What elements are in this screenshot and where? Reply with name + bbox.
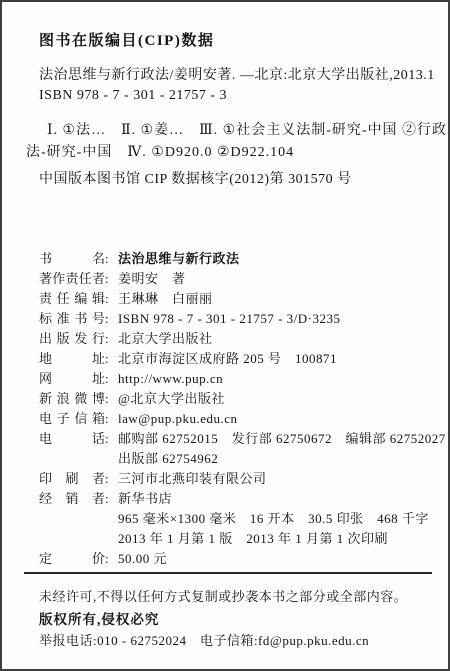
info-row-weibo: 新浪微博:@北京大学出版社: [39, 389, 446, 409]
label-colon: :: [105, 329, 118, 349]
info-value: 新华书店: [118, 491, 172, 506]
info-row-book-title: 书名:法治思维与新行政法: [39, 249, 446, 269]
label-colon: :: [105, 369, 118, 389]
label-colon: :: [105, 269, 118, 289]
info-value: 50.00 元: [118, 551, 167, 566]
cip-classification-line-2: 法-研究-中国 Ⅳ. ①D920.0 ②D922.104: [26, 141, 294, 161]
copyright-statement: 版权所有,侵权必究: [39, 608, 159, 628]
cip-title-line: 法治思维与新行政法/姜明安著. —北京:北京大学出版社,2013.1: [39, 64, 435, 84]
label-colon: :: [105, 469, 118, 489]
horizontal-divider: [24, 572, 432, 574]
info-label: 定价: [39, 549, 105, 569]
label-colon: :: [105, 549, 118, 569]
info-value: 2013 年 1 月第 1 版 2013 年 1 月第 1 次印刷: [118, 531, 388, 546]
info-value: 北京市海淀区成府路 205 号 100871: [118, 351, 337, 366]
permission-notice: 未经许可,不得以任何方式复制或抄袭本书之部分或全部内容。: [39, 586, 407, 605]
copyright-page: 图书在版编目(CIP)数据 法治思维与新行政法/姜明安著. —北京:北京大学出版…: [0, 0, 450, 671]
label-colon: :: [105, 349, 118, 369]
cip-header: 图书在版编目(CIP)数据: [39, 29, 214, 50]
label-colon: :: [105, 249, 118, 269]
info-row-edition: 2013 年 1 月第 1 版 2013 年 1 月第 1 次印刷: [39, 529, 446, 549]
info-label: 网址: [39, 369, 105, 389]
info-label: 印刷者: [39, 469, 105, 489]
info-row-isbn: 标准书号:ISBN 978 - 7 - 301 - 21757 - 3/D·32…: [39, 309, 446, 329]
info-row-price: 定价:50.00 元: [39, 549, 446, 569]
info-row-phone-cont: 出版部 62754962: [39, 449, 446, 469]
info-label: 标准书号: [39, 309, 105, 329]
info-label: 电话: [39, 429, 105, 449]
publication-info-list: 书名:法治思维与新行政法 著作责任者:姜明安 著 责任编辑:王琳琳 白丽丽 标准…: [39, 249, 446, 569]
cip-isbn-line: ISBN 978 - 7 - 301 - 21757 - 3: [39, 88, 227, 104]
label-colon: :: [105, 289, 118, 309]
label-colon: :: [105, 489, 118, 509]
info-label: 地址: [39, 349, 105, 369]
info-value: ISBN 978 - 7 - 301 - 21757 - 3/D·3235: [118, 311, 341, 326]
label-colon: :: [105, 429, 118, 449]
label-colon: :: [105, 389, 118, 409]
info-row-editor: 责任编辑:王琳琳 白丽丽: [39, 289, 446, 309]
info-label: 著作责任者: [39, 269, 105, 289]
report-contact-line: 举报电话:010 - 62752024 电子信箱:fd@pup.pku.edu.…: [39, 630, 369, 649]
info-value: law@pup.pku.edu.cn: [118, 411, 238, 426]
info-row-website: 网址:http://www.pup.cn: [39, 369, 446, 389]
info-label: 电子信箱: [39, 409, 105, 429]
info-row-printer: 印刷者:三河市北燕印装有限公司: [39, 469, 446, 489]
info-value: 法治思维与新行政法: [118, 251, 240, 266]
info-value: 姜明安 著: [118, 271, 186, 286]
info-label: 出版发行: [39, 329, 105, 349]
info-row-email: 电子信箱:law@pup.pku.edu.cn: [39, 409, 446, 429]
info-row-author: 著作责任者:姜明安 著: [39, 269, 446, 289]
info-value: 邮购部 62752015 发行部 62750672 编辑部 62752027: [118, 431, 446, 446]
info-value: http://www.pup.cn: [118, 371, 223, 386]
info-label: 书名: [39, 249, 105, 269]
info-row-phone: 电话:邮购部 62752015 发行部 62750672 编辑部 6275202…: [39, 429, 446, 449]
info-row-format: 965 毫米×1300 毫米 16 开本 30.5 印张 468 千字: [39, 509, 446, 529]
info-label: 责任编辑: [39, 289, 105, 309]
info-value: @北京大学出版社: [118, 391, 225, 406]
info-value: 三河市北燕印装有限公司: [118, 471, 267, 486]
info-value: 王琳琳 白丽丽: [118, 291, 213, 306]
info-row-publisher: 出版发行:北京大学出版社: [39, 329, 446, 349]
cip-classification-line-1: Ⅰ. ①法… Ⅱ. ①姜… Ⅲ. ①社会主义法制-研究-中国 ②行政: [47, 119, 447, 139]
info-value: 北京大学出版社: [118, 331, 213, 346]
label-colon: :: [105, 309, 118, 329]
info-row-distributor: 经销者:新华书店: [39, 489, 446, 509]
info-value: 出版部 62754962: [118, 451, 218, 466]
info-row-address: 地址:北京市海淀区成府路 205 号 100871: [39, 349, 446, 369]
cip-record-number: 中国版本图书馆 CIP 数据核字(2012)第 301570 号: [39, 168, 352, 188]
info-label: 经销者: [39, 489, 105, 509]
info-value: 965 毫米×1300 毫米 16 开本 30.5 印张 468 千字: [118, 511, 429, 526]
label-colon: :: [105, 409, 118, 429]
info-label: 新浪微博: [39, 389, 105, 409]
